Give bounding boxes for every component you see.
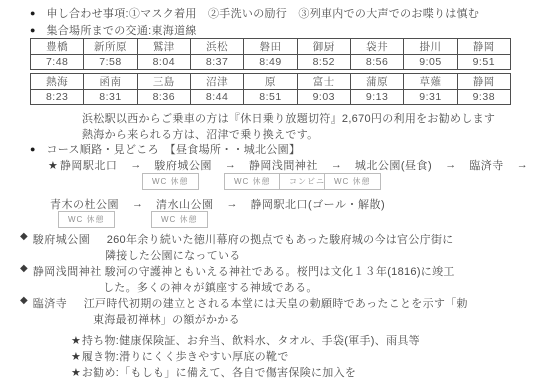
time-cell: 9:38 (457, 90, 510, 105)
wc-rest-badge: WC 休憩 (224, 173, 281, 190)
station-cell: 沼津 (190, 74, 243, 90)
time-cell: 8:49 (244, 55, 297, 70)
reminder-text: お勧め:「もしも」に備えて、各自で傷害保険に加入を (82, 364, 356, 380)
reminder-text: 履き物:滑りにくく歩きやすい厚底の靴で (82, 348, 289, 364)
time-cell: 8:37 (190, 55, 243, 70)
landmark-name: 静岡浅間神社 (33, 263, 105, 279)
landmark-name: 駿府城公園 (33, 231, 107, 247)
landmark-name: 臨済寺 (33, 295, 84, 311)
time-cell: 8:23 (31, 90, 84, 105)
station-cell: 富士 (297, 74, 350, 90)
arrow-icon: → (132, 198, 143, 210)
course-heading-text: コース順路・見どころ 【昼食場所・・城北公園】 (46, 141, 300, 157)
course-stop: 城北公園(昼食) (355, 157, 432, 173)
wc-rest-badge: WC 休憩 (58, 211, 115, 228)
landmark-sumpu-castle-park: ◆ 駿府城公園 260年余り続いた徳川幕府の拠点でもあった駿府城の今は官公庁街に (20, 231, 454, 247)
timetable-westbound: 豊橋 新所原 鷲津 浜松 磐田 御厨 袋井 掛川 静岡 7:48 7:58 8:… (30, 38, 511, 70)
time-cell: 8:31 (84, 90, 137, 105)
station-cell: 蒲原 (350, 74, 403, 90)
star-icon: ★ (71, 350, 81, 363)
event-notice-document: ● 申し合わせ事項:①マスク着用 ②手洗いの励行 ③列車内での大声でのお喋りは慎… (0, 0, 554, 380)
course-route-row-2: 青木の杜公園 → 清水山公園 → 静岡駅北口(ゴール・解散) (50, 196, 385, 212)
time-cell: 9:31 (404, 90, 457, 105)
transport-text: 集合場所までの交通:東海道線 (46, 22, 196, 38)
station-cell: 掛川 (404, 39, 457, 55)
station-cell: 静岡 (457, 74, 510, 90)
time-cell: 8:44 (190, 90, 243, 105)
transport-line: ● 集合場所までの交通:東海道線 (30, 22, 197, 38)
course-heading-line: ● コース順路・見どころ 【昼食場所・・城北公園】 (30, 141, 300, 157)
arrow-icon: → (225, 159, 236, 171)
station-cell: 御厨 (297, 39, 350, 55)
wc-rest-badge: WC 休憩 (324, 173, 381, 190)
station-cell: 函南 (84, 74, 137, 90)
star-icon: ★ (71, 334, 81, 347)
station-cell: 原 (244, 74, 297, 90)
bullet-icon: ● (30, 26, 35, 35)
course-stop: 臨済寺 (469, 157, 504, 173)
course-stop: 静岡浅間神社 (249, 157, 318, 173)
star-icon: ★ (48, 159, 58, 172)
landmark-description: 260年余り続いた徳川幕府の拠点でもあった駿府城の今は官公庁街に (107, 231, 454, 247)
time-cell: 8:36 (137, 90, 190, 105)
time-cell: 8:56 (350, 55, 403, 70)
station-cell: 三島 (137, 74, 190, 90)
station-header-row: 熱海 函南 三島 沼津 原 富士 蒲原 草薙 静岡 (31, 74, 511, 90)
reminder-belongings: ★ 持ち物:健康保険証、お弁当、飲料水、タオル、手袋(軍手)、雨具等 (71, 332, 420, 348)
course-stop: 青木の杜公園 (50, 196, 119, 212)
time-row: 8:23 8:31 8:36 8:44 8:51 9:03 9:13 9:31 … (31, 90, 511, 105)
time-cell: 7:48 (31, 55, 84, 70)
landmark-description-continued: 隣接した公園になっている (105, 247, 241, 263)
landmark-rinzaiji-temple: ◆ 臨済寺 江戸時代初期の建立とされる本堂には天皇の勅願時であったことを示す「勅 (20, 295, 468, 311)
reminder-insurance: ★ お勧め:「もしも」に備えて、各自で傷害保険に加入を (71, 364, 356, 380)
arrow-icon: → (331, 159, 342, 171)
station-cell: 袋井 (350, 39, 403, 55)
station-cell: 熱海 (31, 74, 84, 90)
bullet-icon: ● (30, 145, 35, 154)
course-stop: 駿府城公園 (154, 157, 212, 173)
station-cell: 新所原 (84, 39, 137, 55)
station-header-row: 豊橋 新所原 鷲津 浜松 磐田 御厨 袋井 掛川 静岡 (31, 39, 511, 55)
time-cell: 9:13 (350, 90, 403, 105)
arrow-icon: → (517, 159, 528, 171)
course-route-row-1: ★ 静岡駅北口 → 駿府城公園 → 静岡浅間神社 → 城北公園(昼食) → 臨済… (48, 157, 541, 173)
station-cell: 鷲津 (137, 39, 190, 55)
timetable-eastbound: 熱海 函南 三島 沼津 原 富士 蒲原 草薙 静岡 8:23 8:31 8:36… (30, 73, 511, 105)
ticket-note: 浜松駅以西からご乗車の方は『休日乗り放題切符』2,670円の利用をお勧めします (82, 110, 495, 126)
course-stop: 静岡駅北口(ゴール・解散) (251, 196, 386, 212)
diamond-icon: ◆ (20, 263, 28, 275)
time-cell: 9:51 (457, 55, 510, 70)
station-cell: 豊橋 (31, 39, 84, 55)
time-cell: 9:05 (404, 55, 457, 70)
rules-text: 申し合わせ事項:①マスク着用 ②手洗いの励行 ③列車内での大声でのお喋りは慎む (46, 5, 479, 21)
transfer-note: 熱海から来られる方は、沼津で乗り換えです。 (82, 126, 318, 142)
station-cell: 磐田 (244, 39, 297, 55)
arrow-icon: → (227, 198, 238, 210)
time-cell: 8:52 (297, 55, 350, 70)
station-cell: 浜松 (190, 39, 243, 55)
course-stop: 清水山公園 (156, 196, 214, 212)
arrow-icon: → (445, 159, 456, 171)
time-cell: 8:51 (244, 90, 297, 105)
rules-line: ● 申し合わせ事項:①マスク着用 ②手洗いの励行 ③列車内での大声でのお喋りは慎… (30, 5, 479, 21)
reminder-text: 持ち物:健康保険証、お弁当、飲料水、タオル、手袋(軍手)、雨具等 (82, 332, 420, 348)
wc-rest-badge: WC 休憩 (151, 211, 208, 228)
reminder-footwear: ★ 履き物:滑りにくく歩きやすい厚底の靴で (71, 348, 289, 364)
arrow-icon: → (130, 159, 141, 171)
time-cell: 7:58 (84, 55, 137, 70)
time-cell: 8:04 (137, 55, 190, 70)
diamond-icon: ◆ (20, 231, 28, 243)
star-icon: ★ (71, 366, 81, 379)
station-cell: 草薙 (404, 74, 457, 90)
landmark-shizuoka-sengen-shrine: ◆ 静岡浅間神社 駿河の守護神ともいえる神社である。桜門は文化１３年(1816)… (20, 263, 455, 279)
landmark-description-continued: 東海最初禅林」の額がかかる (93, 311, 240, 327)
landmark-description: 江戸時代初期の建立とされる本堂には天皇の勅願時であったことを示す「勅 (84, 295, 468, 311)
station-cell: 静岡 (457, 39, 510, 55)
wc-rest-badge: WC 休憩 (142, 173, 199, 190)
bullet-icon: ● (30, 9, 35, 18)
time-row: 7:48 7:58 8:04 8:37 8:49 8:52 8:56 9:05 … (31, 55, 511, 70)
landmark-description: 駿河の守護神ともいえる神社である。桜門は文化１３年(1816)に竣工 (105, 263, 455, 279)
diamond-icon: ◆ (20, 295, 28, 307)
time-cell: 9:03 (297, 90, 350, 105)
course-stop: 静岡駅北口 (60, 157, 118, 173)
landmark-description-continued: した。多くの神々が鎮座する神域である。 (103, 279, 318, 295)
